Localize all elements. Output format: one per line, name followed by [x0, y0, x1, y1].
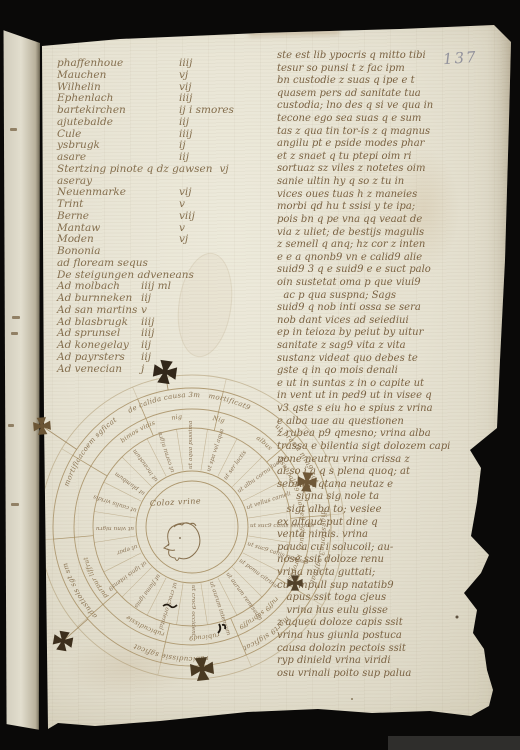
prev-page-edge [2, 26, 40, 734]
margin-ink-speck [11, 503, 19, 506]
showthrough-smudge [76, 26, 234, 37]
margin-ink-speck [12, 316, 20, 319]
page-edge-shading [0, 0, 520, 750]
margin-ink-speck [11, 332, 18, 335]
manuscript-photo: 137 phaffenhoueiiijMauchenvjWilhelinvijE… [0, 0, 520, 750]
backing-board-corner [388, 736, 520, 750]
margin-ink-speck [10, 128, 17, 131]
margin-ink-speck [8, 424, 14, 427]
manuscript-page: 137 phaffenhoueiiijMauchenvjWilhelinvijE… [0, 0, 520, 750]
